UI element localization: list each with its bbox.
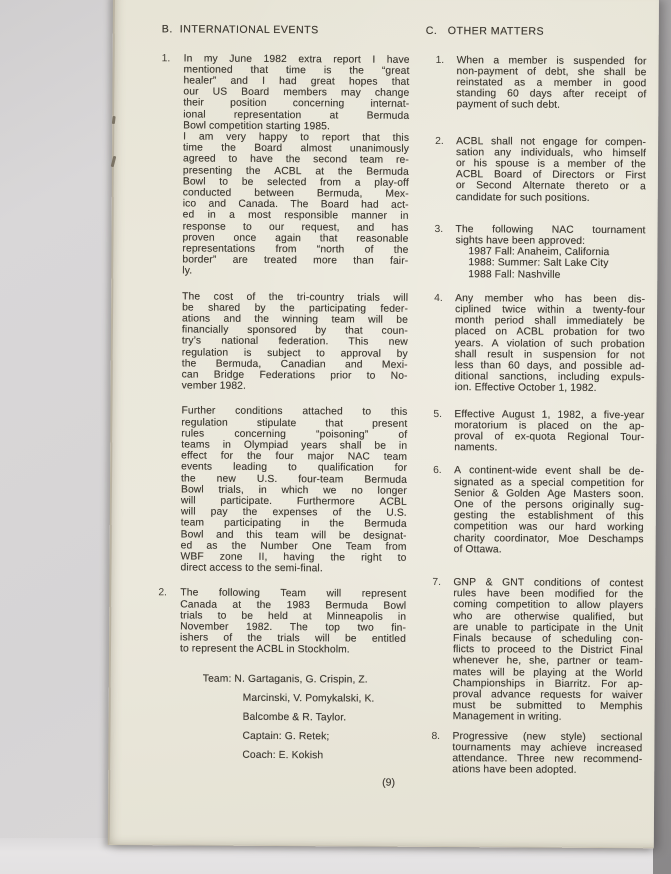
list-item: 6.Acontinent-wideeventshallbede-signated… xyxy=(423,465,662,556)
item-number: 8. xyxy=(431,731,452,776)
item-text: Whenamemberissuspendedfornon-paymentofde… xyxy=(456,55,646,112)
section-items: 1.Whenamemberissuspendedfornon-paymentof… xyxy=(421,54,663,776)
item-number: 3. xyxy=(434,224,455,280)
section-title: INTERNATIONAL EVENTS xyxy=(180,24,319,36)
list-item: 2.ThefollowingTeamwillrepresentCanadaatt… xyxy=(157,588,410,766)
scanned-document-photo: B.INTERNATIONAL EVENTS1.InmyJune1982extr… xyxy=(0,0,671,874)
text-line: naments. xyxy=(454,442,644,454)
item-text: ThefollowingTeamwillrepresentCanadaatthe… xyxy=(179,588,406,766)
section-title: OTHER MATTERS xyxy=(448,26,544,38)
section-items: 1.InmyJune1982extrareportIhavementionedt… xyxy=(157,53,413,766)
text-line: besharedbytheparticipatingfeder- xyxy=(182,302,408,315)
binding-stitch xyxy=(112,116,116,124)
binding-stitch xyxy=(111,156,117,167)
item-number: 2. xyxy=(435,135,456,202)
text-line: responsetoourrequest,andhas xyxy=(183,221,409,234)
paragraph: Furtherconditionsattachedtothisregulatio… xyxy=(180,406,407,575)
document-page: B.INTERNATIONAL EVENTS1.InmyJune1982extr… xyxy=(108,0,659,848)
paragraph: ThefollowingNACtournamentsights have bee… xyxy=(455,224,645,281)
text-line: areunabletoparticipateintheUnit xyxy=(453,622,643,634)
page-number: (9) xyxy=(382,777,395,789)
list-item: 7.GNP&GNTconditionsofcontestruleshavebee… xyxy=(422,577,661,724)
text-line: Management in writing. xyxy=(453,712,643,724)
item-number: 1. xyxy=(158,53,183,574)
paragraph: ACBLshallnotengageforcompen-sationanyind… xyxy=(456,136,646,204)
list-item: 2.ACBLshallnotengageforcompen-sationanyi… xyxy=(425,135,663,204)
text-line: ations have been adopted. xyxy=(452,764,642,776)
text-line: mentionedthattimeisthe“great xyxy=(184,64,410,77)
text-line: Team: N. Gartaganis, G. Crispin, Z. xyxy=(203,669,406,689)
item-number: 5. xyxy=(433,409,454,454)
text-line: Coach: E. Kokish xyxy=(242,745,405,765)
list-item: 1.InmyJune1982extrareportIhavementionedt… xyxy=(158,53,413,575)
text-line: orhisspouseisamemberofthe xyxy=(456,158,646,170)
text-line: edastheNumberOneTeamfrom xyxy=(181,540,407,553)
paragraph: Acontinent-wideeventshallbede-signatedas… xyxy=(454,465,645,556)
item-text: Anymemberwhohasbeendis-ciplinedtwicewith… xyxy=(455,293,646,395)
text-line: border”aretreatedmorethanfair- xyxy=(182,255,408,268)
team-roster: Team: N. Gartaganis, G. Crispin, Z.Marci… xyxy=(179,669,406,765)
item-text: Progressive(newstyle)sectionaltournament… xyxy=(452,731,642,777)
list-item: 5.EffectiveAugust1,1982,afive-yearmorato… xyxy=(423,408,661,454)
text-line: Marcinski, V. Pomykalski, K. xyxy=(243,688,406,708)
paragraph: InmyJune1982extrareportIhavementionedtha… xyxy=(182,53,409,278)
section-label: B. xyxy=(162,24,180,36)
paragraph: Thecostofthetri-countrytrialswillbeshare… xyxy=(182,291,409,393)
text-line: provaladvancerequestsforwaiver xyxy=(453,689,643,701)
list-item: 3.ThefollowingNACtournamentsights have b… xyxy=(424,224,662,281)
text-line: 1988 Fall: Nashville xyxy=(455,269,645,281)
item-text: GNP&GNTconditionsofcontestruleshavebeenm… xyxy=(453,577,644,724)
list-item: 8.Progressive(newstyle)sectionaltourname… xyxy=(421,731,659,777)
text-line: Canadaatthe1983BermudaBowl xyxy=(180,599,406,612)
item-text: Acontinent-wideeventshallbede-signatedas… xyxy=(454,465,645,556)
section-label: C. xyxy=(426,26,448,38)
list-item: 1.Whenamemberissuspendedfornon-paymentof… xyxy=(425,54,663,111)
column-other-matters: C.OTHER MATTERS1.Whenamemberissuspendedf… xyxy=(421,26,664,777)
text-line: direct access to the semi-final. xyxy=(180,563,406,576)
list-item: 4.Anymemberwhohasbeendis-ciplinedtwicewi… xyxy=(424,293,663,395)
item-number: 7. xyxy=(432,577,454,723)
item-number: 1. xyxy=(435,54,456,110)
text-line: Captain: G. Retek; xyxy=(242,726,405,746)
text-line: of Ottawa. xyxy=(454,544,644,556)
text-line: presentingtheACBLattheBermuda xyxy=(183,165,409,178)
section-header: C.OTHER MATTERS xyxy=(426,26,664,39)
paragraph: Progressive(newstyle)sectionaltournament… xyxy=(452,731,642,777)
item-text: ThefollowingNACtournamentsights have bee… xyxy=(455,224,645,281)
paragraph: GNP&GNTconditionsofcontestruleshavebeenm… xyxy=(453,577,644,724)
text-line: payment of such debt. xyxy=(456,99,646,111)
text-line: willpaytheexpensesoftheU.S. xyxy=(181,507,407,520)
item-number: 4. xyxy=(434,293,456,394)
item-number: 6. xyxy=(433,465,455,555)
section-header: B.INTERNATIONAL EVENTS xyxy=(162,24,414,37)
item-text: ACBLshallnotengageforcompen-sationanyind… xyxy=(456,136,646,204)
text-line: to represent the ACBL in Stockholm. xyxy=(180,644,406,657)
column-international-events: B.INTERNATIONAL EVENTS1.InmyJune1982extr… xyxy=(157,24,414,765)
text-line: Bowl competition starting 1985. xyxy=(183,120,409,133)
text-line: regulationstipulatethatpresent xyxy=(181,417,407,430)
paragraph: ThefollowingTeamwillrepresentCanadaatthe… xyxy=(180,588,406,657)
text-line: orSecondAlternatetheretoora xyxy=(456,180,646,192)
paragraph: Whenamemberissuspendedfornon-paymentofde… xyxy=(456,55,646,112)
paragraph: Anymemberwhohasbeendis-ciplinedtwicewith… xyxy=(455,293,646,395)
text-line: charitycoordinator,MoeDeschamps xyxy=(454,533,644,545)
text-line: vember 1982. xyxy=(182,381,408,394)
item-text: InmyJune1982extrareportIhavementionedtha… xyxy=(180,53,409,575)
text-line: ion. Effective October 1, 1982. xyxy=(455,382,645,394)
text-line: candidate for such positions. xyxy=(456,192,646,204)
text-line: comingcompetitiontoallowplayers xyxy=(453,600,643,612)
item-text: EffectiveAugust1,1982,afive-yearmoratori… xyxy=(454,409,644,455)
text-line: years.Aviolationofsuchprobation xyxy=(455,338,645,350)
text-line: Balcombe & R. Taylor. xyxy=(243,707,406,727)
paragraph: EffectiveAugust1,1982,afive-yearmoratori… xyxy=(454,409,644,455)
text-line: ly. xyxy=(182,266,408,279)
item-number: 2. xyxy=(157,588,180,764)
text-line: 1988: Summer: Salt Lake City xyxy=(455,257,645,269)
